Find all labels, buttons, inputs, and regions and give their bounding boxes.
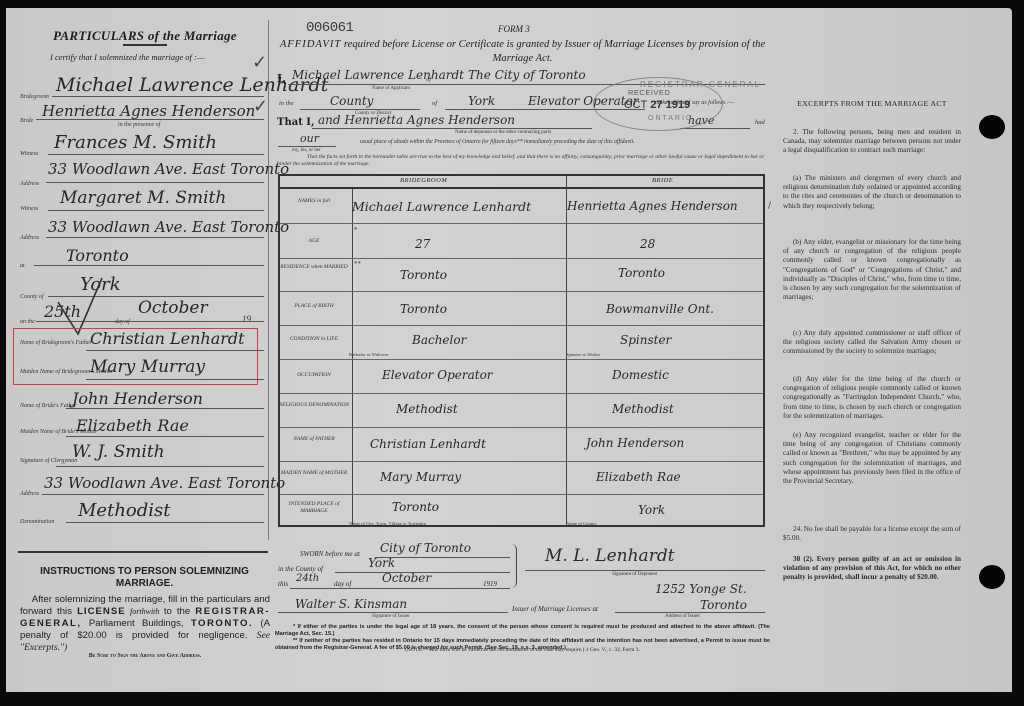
witness-2-address: 33 Woodlawn Ave. East Toronto	[48, 218, 289, 236]
line	[46, 182, 264, 183]
stamp-month: OCT	[624, 99, 647, 111]
clergyman-signature-label: Signature of Clergyman	[20, 458, 77, 465]
instructions-forthwith: forthwith	[126, 607, 164, 616]
bride-residence: Toronto	[618, 266, 665, 280]
applicant-city: The City of Toronto	[468, 68, 586, 82]
checkmark-icon: ✓	[252, 52, 267, 73]
row-divider	[280, 359, 763, 360]
witness-1-name: Frances M. Smith	[54, 132, 217, 153]
serial-number: 006061	[306, 20, 353, 36]
had-label: had	[755, 119, 765, 126]
day-of-label: day of	[334, 580, 351, 588]
row-divider	[280, 258, 763, 259]
other-party-label: Name of deponent or the other contractin…	[455, 130, 552, 135]
stamp-date: OCT 27 1919	[624, 99, 690, 111]
applicant-name: Michael Lawrence Lenhardt	[292, 68, 464, 82]
line	[525, 570, 765, 571]
line	[52, 96, 264, 97]
line	[46, 237, 264, 238]
groom-condition: Bachelor	[412, 333, 466, 347]
that-i-label: That I,	[277, 117, 314, 128]
groom-age: 27	[415, 237, 430, 251]
row-label: AGE	[278, 238, 350, 245]
sworn-day: 24th	[296, 573, 319, 584]
bride-religion: Methodist	[612, 402, 674, 416]
excerpt-d: (d) Any elder for the time being of the …	[783, 375, 961, 421]
punch-hole	[979, 115, 1005, 139]
groom-mother-name: Mary Murray	[90, 357, 205, 377]
label-divider	[352, 189, 353, 527]
sworn-county: York	[368, 556, 395, 570]
instructions-title: INSTRUCTIONS TO PERSON SOLEMNIZING MARRI…	[22, 566, 267, 590]
line	[86, 350, 264, 351]
row-divider	[280, 494, 763, 495]
groom-full-name: Michael Lawrence Lenhardt	[352, 199, 531, 214]
address-label: Address	[20, 181, 39, 188]
bride-father-name: John Henderson	[72, 389, 203, 408]
excerpt-c: (c) Any duly appointed commissioner or s…	[783, 329, 961, 357]
of-label: of	[426, 76, 431, 83]
stamp-arc-bottom: ONTARIO	[648, 115, 693, 122]
row-label: RELIGIOUS DENOMINATION	[278, 402, 350, 409]
bridegroom-label: Bridegroom	[20, 94, 49, 101]
at-label: at	[20, 263, 25, 270]
on-the-label: on the	[20, 319, 35, 326]
bride-father: John Henderson	[586, 436, 684, 450]
line	[615, 612, 765, 613]
row-label: RESIDENCE when MARRIED	[278, 264, 350, 271]
form-number: FORM 3	[498, 24, 530, 34]
line	[48, 210, 264, 211]
stamp-day-year: 27 1919	[650, 99, 690, 111]
issuer-address-line2: Toronto	[700, 598, 747, 612]
row-label: PLACE of BIRTH	[278, 303, 350, 310]
line	[300, 109, 420, 110]
presence-label: in the presence of	[118, 122, 160, 129]
checkmark-icon: ✓	[253, 96, 268, 117]
excerpt-a: (a) The ministers and clergymen of every…	[783, 174, 961, 211]
affidavit-title-rest: required before License or Certificate i…	[341, 39, 765, 64]
line	[56, 466, 264, 467]
header-bride: BRIDE	[652, 177, 673, 184]
line	[36, 119, 264, 120]
line	[66, 522, 264, 523]
footnote-mark: *	[354, 226, 358, 234]
groom-mother: Mary Murray	[380, 470, 461, 484]
instructions-toronto: TORONTO.	[191, 618, 253, 629]
instructions-footer: Be Sure to Sign the Above and Give Addre…	[20, 653, 270, 659]
this-label: this	[278, 580, 288, 588]
bride-name: Henrietta Agnes Henderson	[42, 102, 255, 120]
bride-condition: Spinster	[620, 333, 671, 347]
pronoun-label: my, his, or her	[292, 148, 321, 153]
excerpts-title: EXCERPTS FROM THE MARRIAGE ACT	[783, 98, 961, 109]
bride-intended-county: York	[638, 503, 665, 517]
affidavit-title-lead: AFFIDAVIT	[280, 39, 341, 50]
other-party-name: and Henrietta Agnes Henderson	[318, 113, 515, 127]
applicant-label: Name of Applicant	[372, 86, 410, 91]
excerpt-section-24: 24. No fee shall be payable for a licens…	[783, 525, 961, 543]
line	[42, 494, 264, 495]
groom-occupation: Elevator Operator	[382, 368, 493, 382]
instructions-divider	[18, 551, 268, 553]
of-label: of	[432, 100, 437, 107]
clergyman-signature: W. J. Smith	[72, 442, 165, 462]
in-the-label: in the	[279, 100, 294, 107]
issuer-signature: Walter S. Kinsman	[295, 597, 407, 611]
pronoun-value: our	[300, 132, 319, 145]
bride-occupation: Domestic	[612, 368, 669, 382]
marriage-details-table: BRIDEGROOM BRIDE	[278, 174, 765, 527]
checkmark-icon: /	[768, 201, 771, 211]
denomination-value: Methodist	[78, 500, 171, 521]
county-of-label: in the County of	[278, 565, 323, 573]
row-label: INTENDED PLACE of MARRIAGE	[278, 501, 350, 515]
certify-text: I certify that I solemnized the marriage…	[50, 52, 204, 62]
groom-condition-note: Bachelor or Widower	[349, 352, 389, 357]
marriage-month: October	[138, 298, 208, 318]
line	[290, 588, 510, 589]
bride-label: Bride	[20, 118, 33, 125]
bride-mother-name: Elizabeth Rae	[76, 416, 189, 435]
bride-birthplace: Bowmanville Ont.	[606, 302, 714, 316]
excerpt-b: (b) Any elder, evangelist or missionary …	[783, 238, 961, 302]
title-divider	[123, 44, 167, 46]
issuer-signature-label: Signature of Issuer	[372, 614, 410, 619]
footnote-1: * If either of the parties is under the …	[275, 624, 770, 638]
bracket	[510, 544, 517, 588]
excerpt-section-38: 38 (2). Every person guilty of an act or…	[783, 555, 961, 583]
instructions-text: Parliament Buildings,	[82, 618, 191, 629]
sworn-year: 1919	[483, 580, 497, 588]
sworn-month: October	[382, 571, 431, 585]
table-header: BRIDEGROOM BRIDE	[280, 176, 763, 189]
issuer-address-label: Address of Issuer	[665, 614, 700, 619]
row-divider	[280, 325, 763, 326]
county-note: Name of County	[566, 521, 597, 526]
bride-condition-note: Spinster or Widow	[566, 352, 600, 357]
facts-text: That the facts set forth in the hereunde…	[277, 154, 767, 168]
witness-label: Witness	[20, 206, 38, 213]
header-bridegroom: BRIDEGROOM	[400, 177, 447, 184]
row-label: MAIDEN NAME of MOTHER	[278, 470, 350, 477]
groom-residence: Toronto	[400, 268, 447, 282]
stamp-received: RECEIVED	[628, 88, 670, 97]
line	[66, 436, 264, 437]
line	[278, 612, 508, 613]
abode-text: usual place of abode within the Province…	[360, 139, 770, 145]
witness-label: Witness	[20, 151, 38, 158]
groom-birthplace: Toronto	[400, 302, 447, 316]
row-label: OCCUPATION	[278, 372, 350, 379]
sworn-place: City of Toronto	[380, 541, 471, 555]
county-label: County of	[20, 294, 44, 301]
bride-full-name: Henrietta Agnes Henderson	[567, 199, 738, 213]
groom-father-name: Christian Lenhardt	[90, 329, 245, 348]
row-divider	[280, 223, 763, 224]
affidavit-i: I,	[277, 72, 286, 85]
clergyman-address: 33 Woodlawn Ave. East Toronto	[44, 474, 285, 492]
excerpt-e: (e) Any recognized evangelist, teacher o…	[783, 431, 961, 486]
place-note: Name of City, Town, Village or Township	[349, 521, 426, 526]
column-divider	[268, 20, 269, 540]
groom-father: Christian Lenhardt	[370, 437, 486, 451]
issuer-address-line1: 1252 Yonge St.	[655, 582, 747, 596]
footnote-mark: **	[354, 260, 361, 268]
clergyman-address-label: Address	[20, 491, 39, 498]
sworn-label: SWORN before me at	[300, 550, 360, 558]
row-divider	[280, 393, 763, 394]
groom-intended-place: Toronto	[392, 500, 439, 514]
denomination-label: Denomination	[20, 519, 54, 526]
row-divider	[280, 427, 763, 428]
instructions-body: After solemnizing the marriage, fill in …	[20, 594, 270, 654]
line	[312, 128, 592, 129]
instructions-license: LICENSE	[77, 606, 126, 617]
county-or-district-value: County	[330, 94, 373, 108]
line	[680, 128, 750, 129]
line	[375, 557, 510, 558]
line	[66, 408, 264, 409]
instructions-text: to the	[164, 606, 195, 617]
groom-religion: Methodist	[396, 402, 458, 416]
deponent-signature-label: Signature of Deponent	[612, 572, 657, 577]
witness-2-name: Margaret M. Smith	[60, 188, 226, 208]
issuer-at-label: Issuer of Marriage Licenses at	[512, 605, 598, 613]
affidavit-title: AFFIDAVIT required before License or Cer…	[275, 38, 770, 66]
row-label: NAME of FATHER	[278, 436, 350, 443]
affidavit-county-name: York	[468, 94, 495, 108]
line	[86, 379, 264, 380]
excerpt-section-2: 2. The following persons, being men and …	[783, 128, 961, 156]
bride-age: 28	[640, 237, 655, 251]
line	[278, 146, 336, 147]
line	[34, 265, 264, 266]
witness-1-address: 33 Woodlawn Ave. East Toronto	[48, 160, 289, 178]
marriage-place: Toronto	[66, 246, 129, 265]
deponent-signature: M. L. Lenhardt	[545, 546, 675, 566]
footnote-3: (NOTE.—This form will be varied as the c…	[275, 647, 770, 653]
address-label: Address	[20, 235, 39, 242]
punch-hole	[979, 565, 1005, 589]
row-label: CONDITION in LIFE	[278, 336, 350, 343]
row-divider	[280, 461, 763, 462]
line	[48, 154, 264, 155]
groom-father-label: Name of Bridegroom's Father	[20, 340, 92, 347]
row-label: NAMES in full	[278, 198, 350, 205]
bride-mother: Elizabeth Rae	[596, 470, 681, 484]
bridegroom-name: Michael Lawrence Lenhardt	[56, 74, 328, 96]
row-divider	[280, 291, 763, 292]
particulars-title: PARTICULARS of the Marriage	[30, 28, 260, 44]
